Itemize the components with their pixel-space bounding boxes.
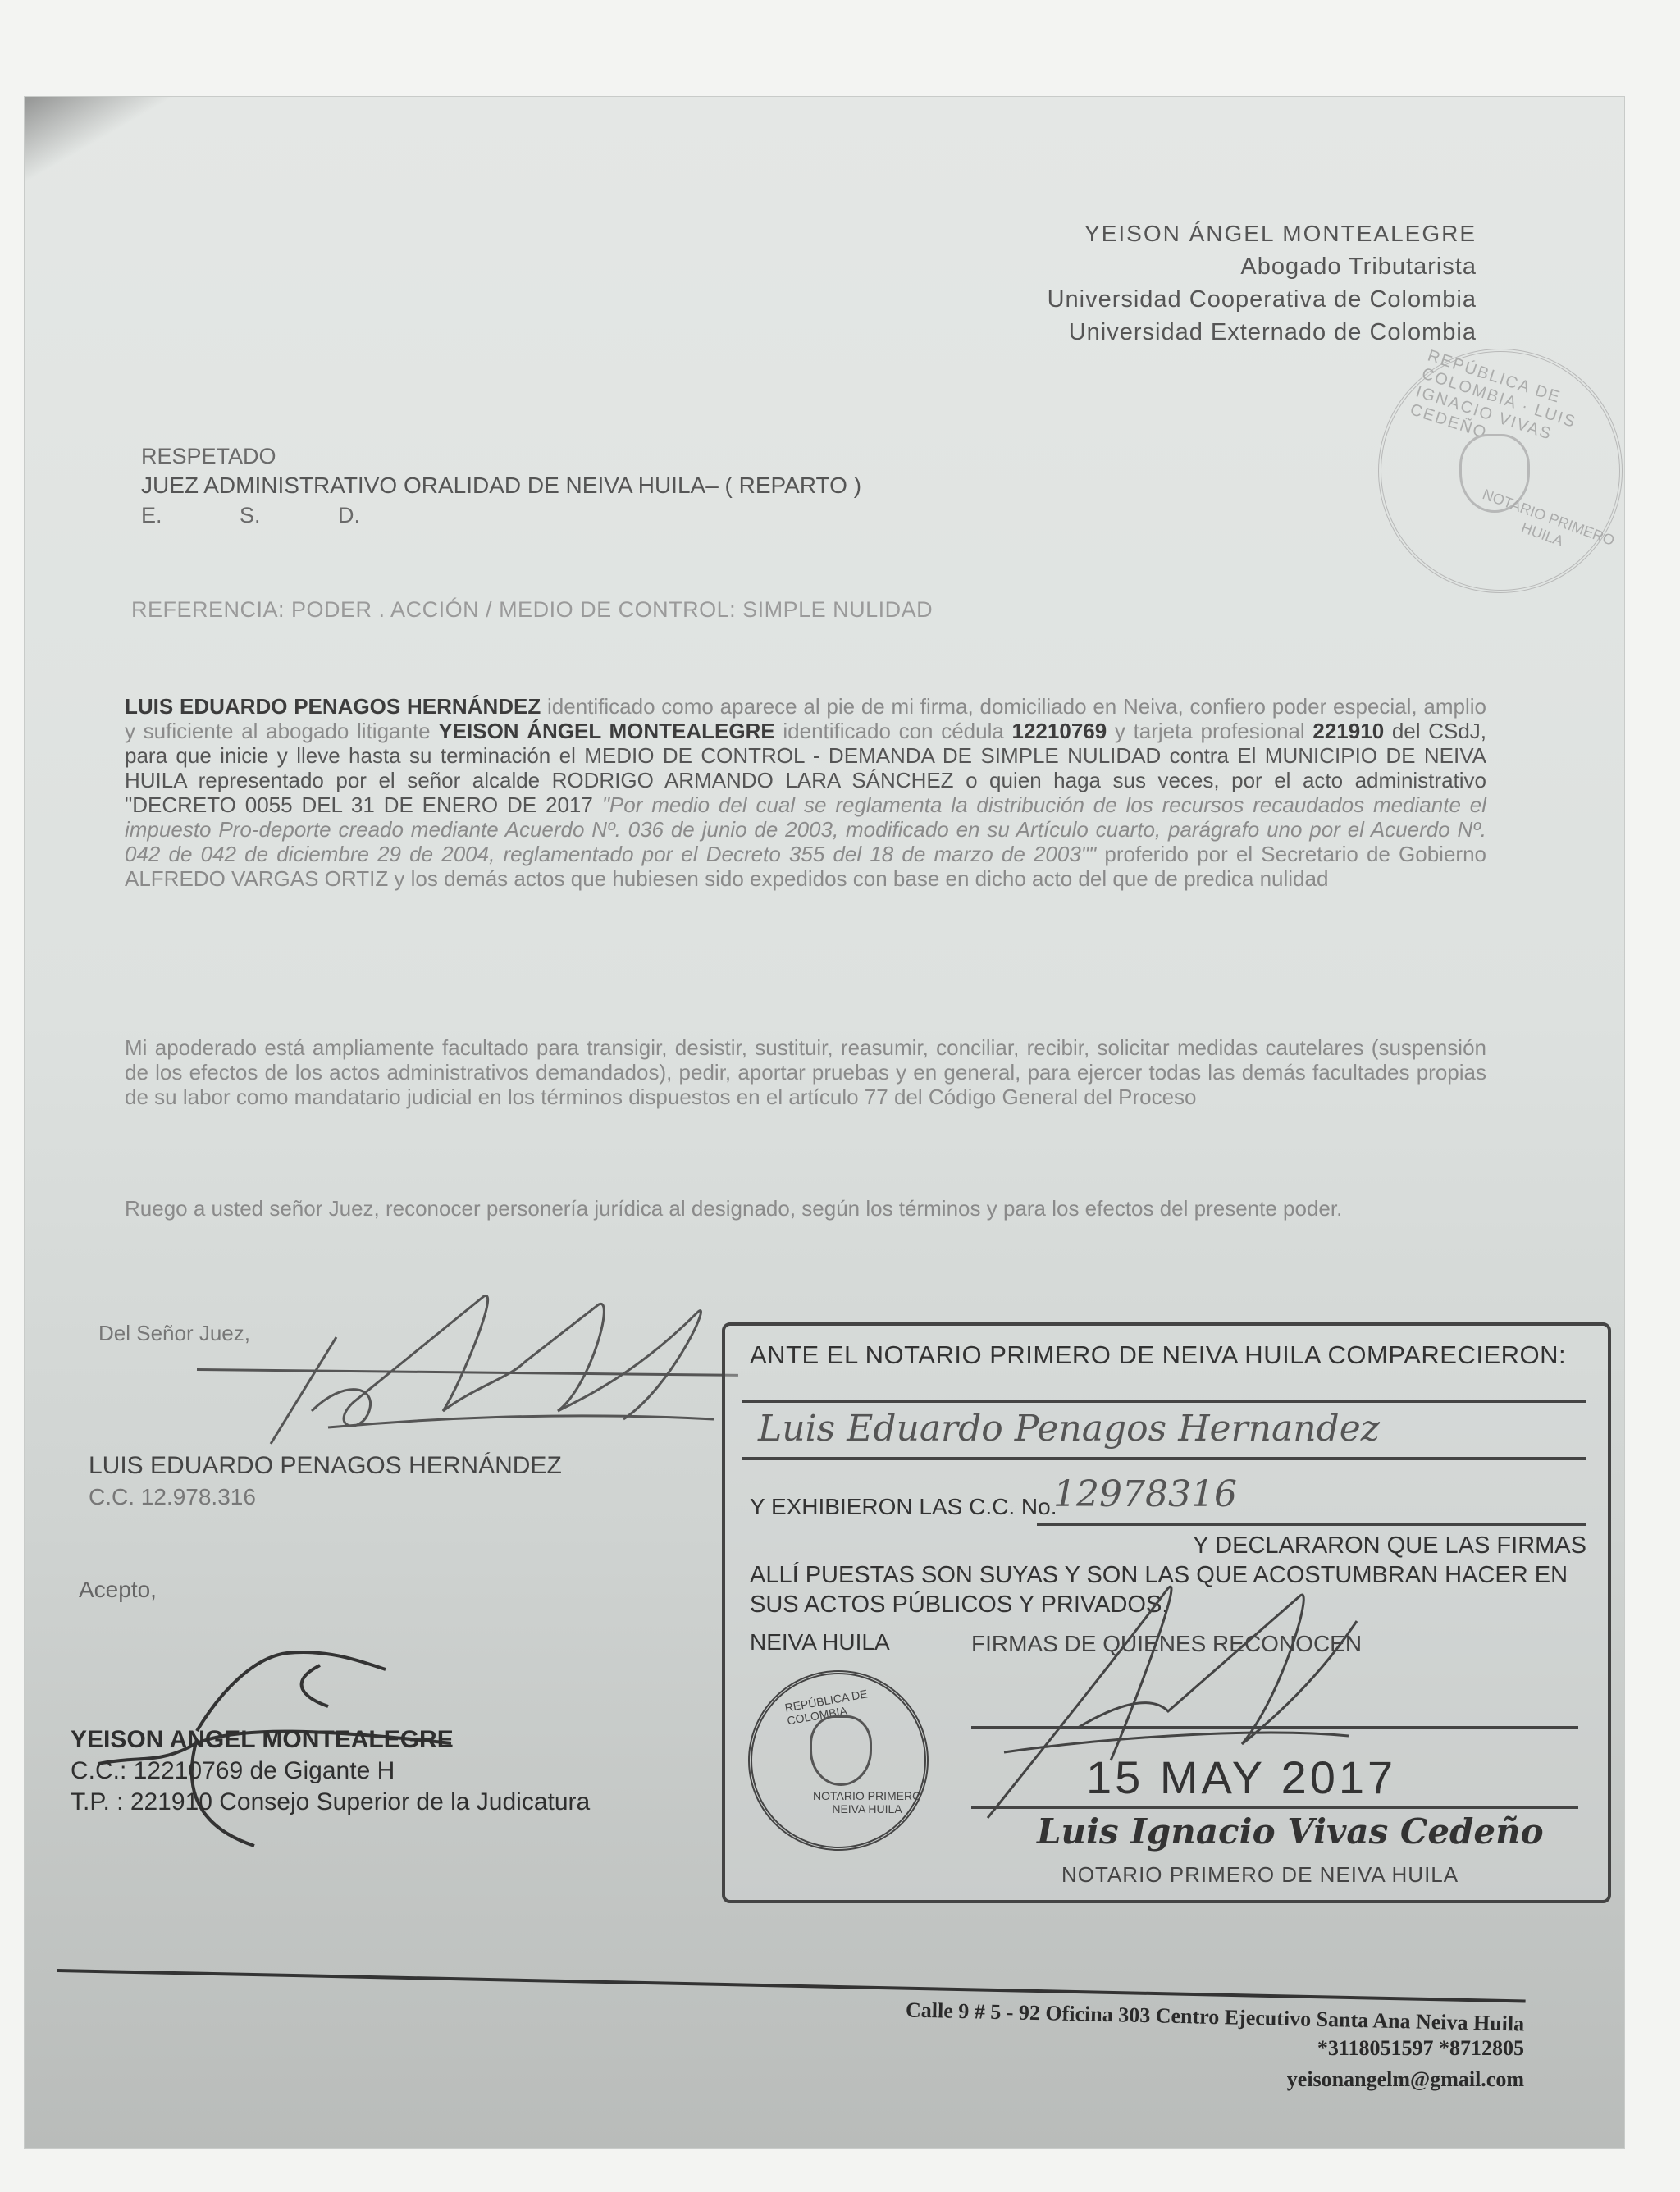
grantor-signature-block: LUIS EDUARDO PENAGOS HERNÁNDEZ C.C. 12.9… xyxy=(89,1450,562,1513)
esd-e: E. xyxy=(141,500,240,530)
appearer-handwritten-name: Luis Eduardo Penagos Hernandez xyxy=(758,1408,1380,1450)
attorney-signature-block: YEISON ANGEL MONTEALEGRE C.C.: 12210769 … xyxy=(71,1724,590,1818)
letterhead-name: YEISON ÁNGEL MONTEALEGRE xyxy=(1048,217,1477,250)
notary-city: NEIVA HUILA xyxy=(750,1629,890,1655)
grantor-printed-name: LUIS EDUARDO PENAGOS HERNÁNDEZ xyxy=(89,1450,562,1482)
stamp-line xyxy=(742,1400,1586,1403)
footer-contact: Calle 9 # 5 - 92 Oficina 303 Centro Ejec… xyxy=(906,2002,1524,2095)
esd-line: E.S.D. xyxy=(141,500,861,530)
notary-stamp-title: ANTE EL NOTARIO PRIMERO DE NEIVA HUILA C… xyxy=(750,1340,1566,1370)
text-segment: y tarjeta profesional xyxy=(1107,719,1312,743)
addressee-judge: JUEZ ADMINISTRATIVO ORALIDAD DE NEIVA HU… xyxy=(141,471,861,500)
letterhead-title: Abogado Tributarista xyxy=(1048,250,1477,283)
declaration-line-1: Y DECLARARON QUE LAS FIRMAS xyxy=(750,1531,1586,1560)
letterhead-university-2: Universidad Externado de Colombia xyxy=(1048,316,1477,349)
reference-line: REFERENCIA: PODER . ACCIÓN / MEDIO DE CO… xyxy=(131,597,933,623)
salutation: RESPETADO xyxy=(141,441,861,471)
page-fold-shadow xyxy=(25,97,238,261)
attorney-tp: 221910 xyxy=(1312,719,1384,743)
grantor-name: LUIS EDUARDO PENAGOS HERNÁNDEZ xyxy=(125,694,541,719)
letterhead-university-1: Universidad Cooperativa de Colombia xyxy=(1048,283,1477,316)
attorney-cedula: 12210769 xyxy=(1012,719,1107,743)
text-segment: identificado con cédula xyxy=(775,719,1012,743)
stamp-line xyxy=(1037,1523,1586,1526)
attorney-cc: C.C.: 12210769 de Gigante H xyxy=(71,1756,590,1787)
esd-d: D. xyxy=(338,500,436,530)
notary-title: NOTARIO PRIMERO DE NEIVA HUILA xyxy=(1061,1862,1459,1888)
grantor-cc: C.C. 12.978.316 xyxy=(89,1482,562,1513)
attorney-tp-line: T.P. : 221910 Consejo Superior de la Jud… xyxy=(71,1787,590,1818)
notary-recognition-stamp: ANTE EL NOTARIO PRIMERO DE NEIVA HUILA C… xyxy=(722,1322,1611,1903)
coat-of-arms-icon xyxy=(810,1715,872,1786)
attorney-printed-name: YEISON ANGEL MONTEALEGRE xyxy=(71,1724,590,1756)
cc-handwritten: 12978316 xyxy=(1053,1473,1237,1515)
notary-seal-top: REPÚBLICA DE COLOMBIA · LUIS IGNACIO VIV… xyxy=(1378,349,1623,593)
addressee-block: RESPETADO JUEZ ADMINISTRATIVO ORALIDAD D… xyxy=(141,441,861,530)
footer-email[interactable]: yeisonangelm@gmail.com xyxy=(906,2064,1524,2095)
notary-signature xyxy=(955,1572,1365,1834)
stamp-line xyxy=(742,1457,1586,1460)
attorney-name: YEISON ÁNGEL MONTEALEGRE xyxy=(438,719,774,743)
paragraph-power-of-attorney: LUIS EDUARDO PENAGOS HERNÁNDEZ identific… xyxy=(125,694,1486,891)
seal-subtext: NOTARIO PRIMERO HUILA xyxy=(1470,484,1621,569)
notary-seal: REPÚBLICA DE COLOMBIA NOTARIO PRIMERO NE… xyxy=(748,1670,929,1851)
seal-bottom-text: NOTARIO PRIMERO NEIVA HUILA xyxy=(810,1789,924,1815)
cc-label: Y EXHIBIERON LAS C.C. No. xyxy=(750,1494,1057,1520)
letterhead: YEISON ÁNGEL MONTEALEGRE Abogado Tributa… xyxy=(1048,217,1477,349)
esd-s: S. xyxy=(240,500,338,530)
paragraph-request: Ruego a usted señor Juez, reconocer pers… xyxy=(125,1196,1486,1221)
accept-label: Acepto, xyxy=(79,1577,157,1603)
paragraph-faculties: Mi apoderado está ampliamente facultado … xyxy=(125,1035,1486,1109)
